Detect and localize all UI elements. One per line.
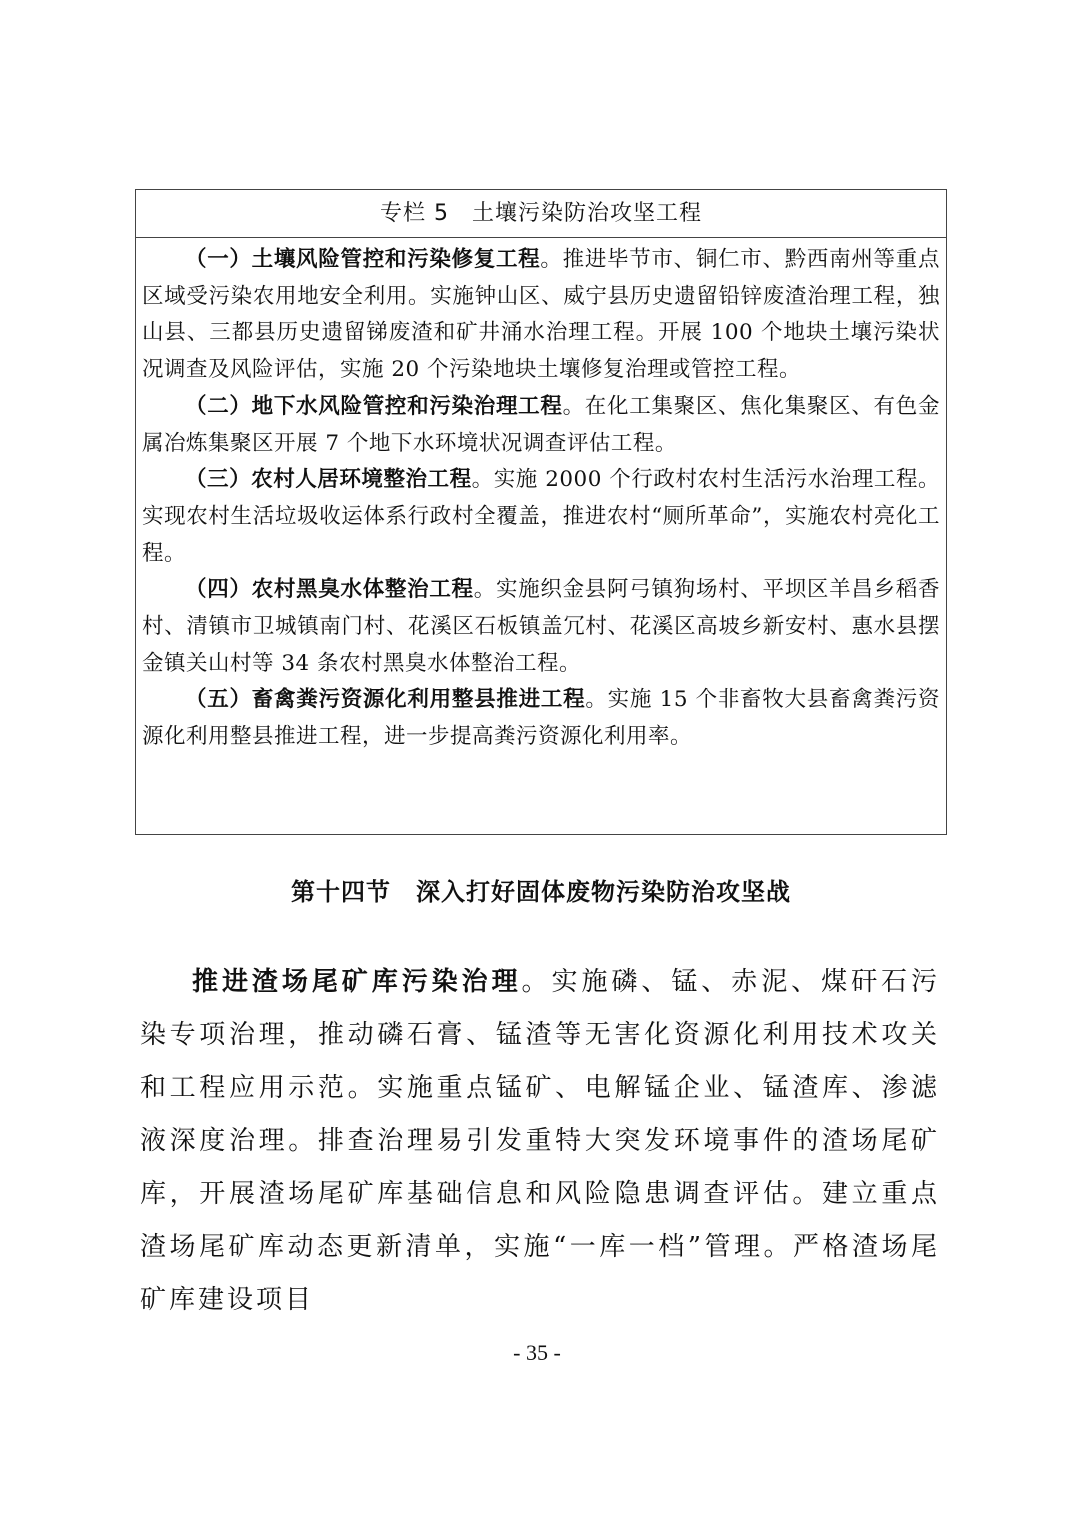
- box-item: （三）农村人居环境整治工程。实施 2000 个行政村农村生活污水治理工程。实现农…: [142, 462, 940, 572]
- body-text: 推进渣场尾矿库污染治理。实施磷、锰、赤泥、煤矸石污染专项治理，推动磷石膏、锰渣等…: [140, 956, 940, 1327]
- column-box-body: （一）土壤风险管控和污染修复工程。推进毕节市、铜仁市、黔西南州等重点区域受污染农…: [136, 238, 946, 756]
- box-item-heading: （五）畜禽粪污资源化利用整县推进工程: [185, 687, 585, 712]
- page-number: - 35 -: [0, 1340, 1074, 1366]
- paragraph-lead: 推进渣场尾矿库污染治理: [192, 967, 522, 997]
- box-item: （五）畜禽粪污资源化利用整县推进工程。实施 15 个非畜牧大县畜禽粪污资源化利用…: [142, 682, 940, 755]
- box-item-heading: （四）农村黑臭水体整治工程: [185, 577, 474, 602]
- box-item: （四）农村黑臭水体整治工程。实施织金县阿弓镇狗场村、平坝区羊昌乡稻香村、清镇市卫…: [142, 572, 940, 682]
- box-item: （二）地下水风险管控和污染治理工程。在化工集聚区、焦化集聚区、有色金属冶炼集聚区…: [142, 389, 940, 462]
- body-paragraph: 推进渣场尾矿库污染治理。实施磷、锰、赤泥、煤矸石污染专项治理，推动磷石膏、锰渣等…: [140, 956, 940, 1327]
- section-heading: 第十四节 深入打好固体废物污染防治攻坚战: [135, 872, 947, 912]
- box-item: （一）土壤风险管控和污染修复工程。推进毕节市、铜仁市、黔西南州等重点区域受污染农…: [142, 242, 940, 389]
- paragraph-text: 。实施磷、锰、赤泥、煤矸石污染专项治理，推动磷石膏、锰渣等无害化资源化利用技术攻…: [140, 967, 940, 1315]
- column-box: 专栏 5 土壤污染防治攻坚工程 （一）土壤风险管控和污染修复工程。推进毕节市、铜…: [135, 189, 947, 835]
- box-item-heading: （三）农村人居环境整治工程: [185, 467, 472, 492]
- box-item-heading: （一）土壤风险管控和污染修复工程: [185, 247, 540, 272]
- column-box-title: 专栏 5 土壤污染防治攻坚工程: [136, 190, 946, 238]
- box-item-heading: （二）地下水风险管控和污染治理工程: [185, 394, 563, 419]
